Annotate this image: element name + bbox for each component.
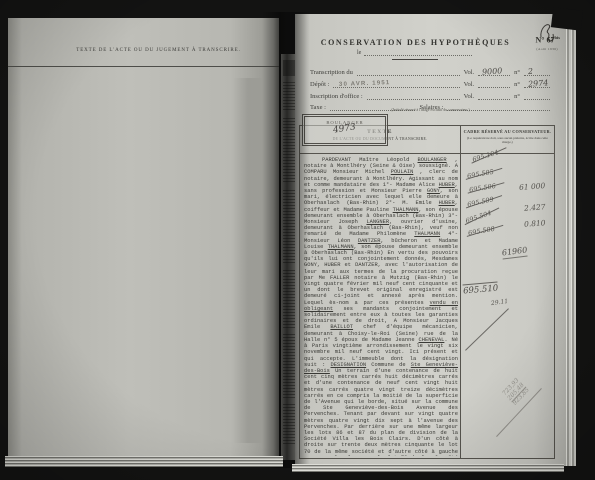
pencil-stroke (496, 388, 542, 437)
vol-label: Vol. (463, 69, 476, 76)
inscription-leader (367, 92, 460, 100)
crossed-number: 695.506 (469, 182, 497, 194)
form-number-suffix: bis (554, 35, 560, 40)
title-underline (392, 59, 438, 60)
date-leader-line (364, 48, 472, 56)
vol-label: Vol. (463, 81, 476, 88)
vol-label: Vol. (463, 93, 476, 100)
pencil-stroke (465, 308, 509, 350)
form-number-note: (Août 1936) (536, 47, 558, 51)
pencil-calculation: 723,93 205,48 923,85 (502, 378, 531, 407)
amount-annotation: 2.427 (524, 202, 546, 212)
inscription-label: Inscription d'office : (309, 93, 364, 100)
form-number: N° 67bis (536, 35, 561, 45)
table-column-divider (460, 126, 461, 458)
stamp-handwritten-number: 4973 (332, 122, 356, 135)
amount-annotation: 0.810 (524, 218, 546, 228)
gutter-text-block (283, 334, 295, 398)
inscription-row: Inscription d'office : Vol. n° (309, 92, 553, 100)
no-label: n° (513, 69, 521, 76)
total-annotation: 61960 (501, 245, 528, 259)
vol1-leader: 9000 (478, 68, 510, 76)
conservateur-column-header: CADRE RÉSERVÉ AU CONSERVATEUR. (Le requé… (461, 129, 554, 144)
intitule-note: (Intitulé réservé à l'usage exclusif du … (295, 108, 566, 112)
right-page-edge-stack (566, 28, 576, 466)
amount-annotation: 61 000 (519, 181, 546, 192)
no1-leader: 2 (524, 68, 550, 76)
transcription-table: TEXTE DE L'ACTE OU DU DOCUMENT À TRANSCR… (299, 125, 555, 459)
vol2-leader (478, 80, 510, 88)
crossed-number: 695.508 (468, 225, 496, 238)
crossed-number: 695.504 (464, 209, 492, 225)
pencil-calc-line: 723,93 (502, 378, 521, 398)
conservateur-subtitle: (Le requérant ne doit, sous aucun prétex… (461, 136, 554, 144)
le-label: le (357, 50, 361, 56)
notary-stamp: BOULANGER 4973 (302, 114, 388, 146)
bottom-page-stack-left (5, 456, 283, 467)
no-label: n° (513, 81, 521, 88)
no3-leader (524, 92, 550, 100)
date-line: le (357, 48, 475, 56)
left-page-shadow (233, 78, 263, 443)
vol1-value: 9000 (482, 66, 503, 76)
left-page-rule (8, 66, 279, 67)
vol3-leader (478, 92, 510, 100)
left-page: TEXTE DE L'ACTE OU DU JUGEMENT À TRANSCR… (8, 18, 279, 459)
document-scan: TEXTE DE L'ACTE OU DU JUGEMENT À TRANSCR… (0, 0, 595, 480)
gutter-text-block (283, 190, 295, 264)
crossed-number: 695.505 (467, 168, 495, 181)
pencil-calc-line: 205,48 (507, 382, 526, 402)
pencil-calc-sum: 923,85 (511, 386, 531, 406)
no2-value: 2974 (528, 78, 549, 88)
reference-annotation: 695.510 (463, 281, 499, 296)
transcription-row: Transcription du Vol. 9000 n° 2 (309, 68, 553, 76)
left-page-header: TEXTE DE L'ACTE OU DU JUGEMENT À TRANSCR… (38, 48, 279, 53)
gutter-text-block (283, 82, 295, 112)
deed-text: PARDEVANT Maître Léopold BOULANGER , not… (304, 157, 458, 456)
gutter-text-block (283, 404, 295, 444)
gutter-text-block (283, 270, 295, 328)
crossed-number: 695.509 (466, 195, 494, 208)
torn-corner (551, 7, 583, 31)
reference-date-annotation: 29.11 (491, 298, 509, 307)
form-number-main: N° 67 (536, 36, 555, 45)
depot-label: Dépôt : (309, 81, 330, 88)
gutter-text-block (283, 60, 295, 76)
transcription-label: Transcription du (309, 69, 354, 76)
depot-leader: 30 AVR. 1951 (333, 80, 459, 88)
no-label: n° (513, 93, 521, 100)
bottom-page-stack-right (292, 464, 564, 472)
right-page: CONSERVATION DES HYPOTHÈQUES N° 67bis (A… (295, 14, 566, 466)
depot-date-stamp: 30 AVR. 1951 (339, 80, 391, 88)
transcription-leader (357, 68, 460, 76)
no1-value: 2 (528, 67, 534, 76)
gutter-text-block (283, 118, 295, 184)
page-title: CONSERVATION DES HYPOTHÈQUES (295, 38, 536, 47)
conservateur-title: CADRE RÉSERVÉ AU CONSERVATEUR. (461, 129, 554, 134)
no2-leader: 2974 (524, 80, 550, 88)
depot-row: Dépôt : 30 AVR. 1951 Vol. n° 2974 (309, 80, 553, 88)
